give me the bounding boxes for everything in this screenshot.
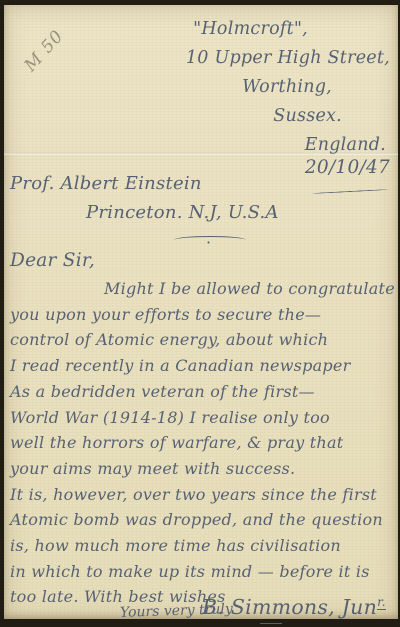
sender-address-line: Worthing, [4,73,392,102]
body-line: control of Atomic energy, about which [10,327,396,353]
body-line: As a bedridden veteran of the first— [10,379,396,405]
body-line: Atomic bomb was dropped, and the questio… [10,507,396,533]
recipient-address: Princeton. N.J, U.S.A [86,202,279,223]
body-line: World War (1914-18) I realise only too [10,405,396,431]
letter-body: Might I be allowed to congratulateyou up… [10,276,396,610]
sender-address-line: England. [4,131,392,160]
signature-suffix: r. [377,595,386,610]
recipient-name: Prof. Albert Einstein [10,173,202,194]
body-line: in which to make up its mind — before it… [10,559,396,585]
body-line: I read recently in a Canadian newspaper [10,353,396,379]
signature-name: B. Simmons, Jun [202,595,377,619]
body-line: Might I be allowed to congratulate [10,276,396,302]
signature: B. Simmons, Junr. [202,595,386,619]
body-line: is, how much more time has civilisation [10,533,396,559]
sender-address-line: 10 Upper High Street, [4,44,392,73]
date-underline [312,189,388,194]
recipient-flourish [174,236,246,244]
body-line: It is, however, over two years since the… [10,482,396,508]
sender-address-line: Sussex. [4,102,392,131]
body-line: you upon your efforts to secure the— [10,302,396,328]
letter-date: 20/10/47 [305,157,390,178]
sender-address-line: "Holmcroft", [4,15,392,44]
signature-underline [260,623,282,624]
salutation: Dear Sir, [10,250,95,271]
sender-address-block: "Holmcroft",10 Upper High Street,Worthin… [4,15,392,160]
letter-paper: M 50 "Holmcroft",10 Upper High Street,Wo… [4,5,398,619]
body-line: well the horrors of warfare, & pray that [10,430,396,456]
body-line: your aims may meet with success. [10,456,396,482]
